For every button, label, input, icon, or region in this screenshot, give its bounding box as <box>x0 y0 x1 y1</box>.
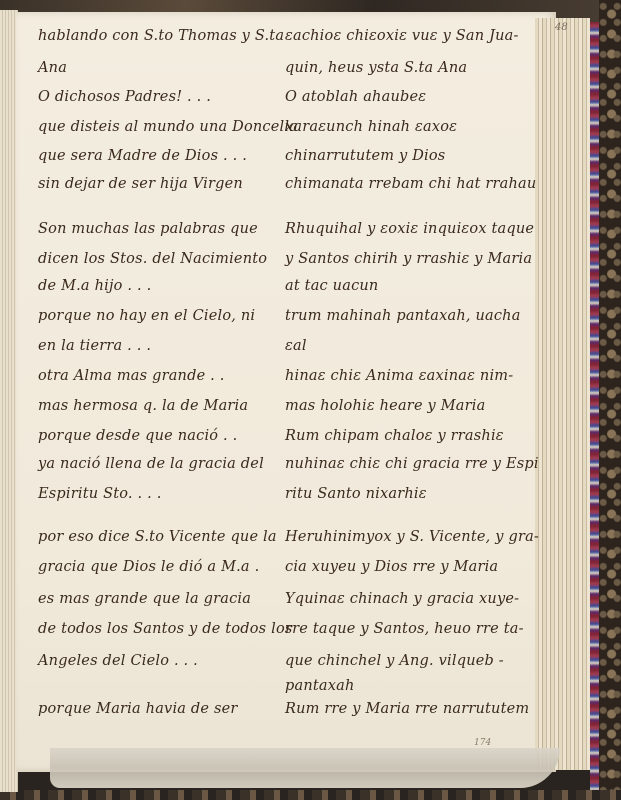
left-column-line: hablando con S.to Thomas y S.ta <box>38 28 284 44</box>
right-column-line: que chinchel y Ang. vilqueb - <box>285 653 504 669</box>
book-cover-right <box>599 0 621 800</box>
left-column-line: de M.a hijo . . . <box>38 278 151 294</box>
right-column-line: quin, heus ysta S.ta Ana <box>285 60 467 76</box>
left-column-line: porque desde que nació . . <box>38 428 237 444</box>
left-column-line: Son muchas las palabras que <box>38 221 258 237</box>
right-column-line: pantaxah <box>285 678 355 694</box>
folio-mark: 174 <box>474 738 491 748</box>
right-column-line: rre taque y Santos, heuo rre ta- <box>285 621 524 637</box>
left-column-line: que disteis al mundo una Doncella <box>38 119 298 135</box>
right-column-line: mas holohiɛ heare y Maria <box>285 398 485 414</box>
right-column-line: Yquinaɛ chinach y gracia xuye- <box>285 591 519 607</box>
right-column-line: y Santos chirih y rrashiɛ y Maria <box>285 251 532 267</box>
right-column-line: hinaɛ chiɛ Anima ɛaxinaɛ nim- <box>285 368 513 384</box>
left-column-line: mas hermosa q. la de Maria <box>38 398 248 414</box>
left-column-line: Angeles del Cielo . . . <box>38 653 198 669</box>
left-column-line: O dichosos Padres! . . . <box>38 89 211 105</box>
left-column-line: es mas grande que la gracia <box>38 591 251 607</box>
right-column-line: ɛal <box>285 338 307 354</box>
right-column-line: Rum chipam chaloɛ y rrashiɛ <box>285 428 504 444</box>
right-column-line: Rhuquihal y ɛoxiɛ inquiɛox taque <box>285 221 534 237</box>
right-column-line: cia xuyeu y Dios rre y Maria <box>285 559 498 575</box>
left-column-line: en la tierra . . . <box>38 338 151 354</box>
marbled-page-edge <box>590 22 599 792</box>
right-page-stack <box>535 18 590 770</box>
right-column-line: Heruhinimyox y S. Vicente, y gra- <box>285 529 539 545</box>
left-column-line: por eso dice S.to Vicente que la <box>38 529 277 545</box>
left-column-line: Ana <box>38 60 67 76</box>
water-stain <box>50 748 560 788</box>
left-column-line: dicen los Stos. del Nacimiento <box>38 251 267 267</box>
left-column-line: porque Maria havia de ser <box>38 701 238 717</box>
right-column-line: xaraɛunch hinah ɛaxoɛ <box>285 119 457 135</box>
left-column-line: ya nació llena de la gracia del <box>38 456 264 472</box>
right-column-line: ritu Santo nixarhiɛ <box>285 486 427 502</box>
right-column-line: Rum rre y Maria rre narrututem <box>285 701 529 717</box>
left-column-line: que sera Madre de Dios . . . <box>38 148 247 164</box>
book-cover-bottom <box>0 790 621 800</box>
left-column-line: sin dejar de ser hija Virgen <box>38 176 243 192</box>
left-column-line: otra Alma mas grande . . <box>38 368 225 384</box>
left-column-line: gracia que Dios le dió a M.a . <box>38 559 259 575</box>
right-column-line: at tac uacun <box>285 278 378 294</box>
right-column-line: nuhinaɛ chiɛ chi gracia rre y Espi <box>285 456 539 472</box>
right-column-line: ɛachioɛ chiɛoxiɛ vuɛ y San Jua- <box>285 28 519 44</box>
page-number: 48 <box>555 22 568 33</box>
left-column-line: de todos los Santos y de todos los <box>38 621 293 637</box>
left-column-line: porque no hay en el Cielo, ni <box>38 308 255 324</box>
right-column-line: chimanata rrebam chi hat rrahau <box>285 176 536 192</box>
right-column-line: O atoblah ahaubeɛ <box>285 89 426 105</box>
right-column-line: chinarrututem y Dios <box>285 148 445 164</box>
left-column-line: Espiritu Sto. . . . <box>38 486 162 502</box>
right-column-line: trum mahinah pantaxah, uacha <box>285 308 521 324</box>
